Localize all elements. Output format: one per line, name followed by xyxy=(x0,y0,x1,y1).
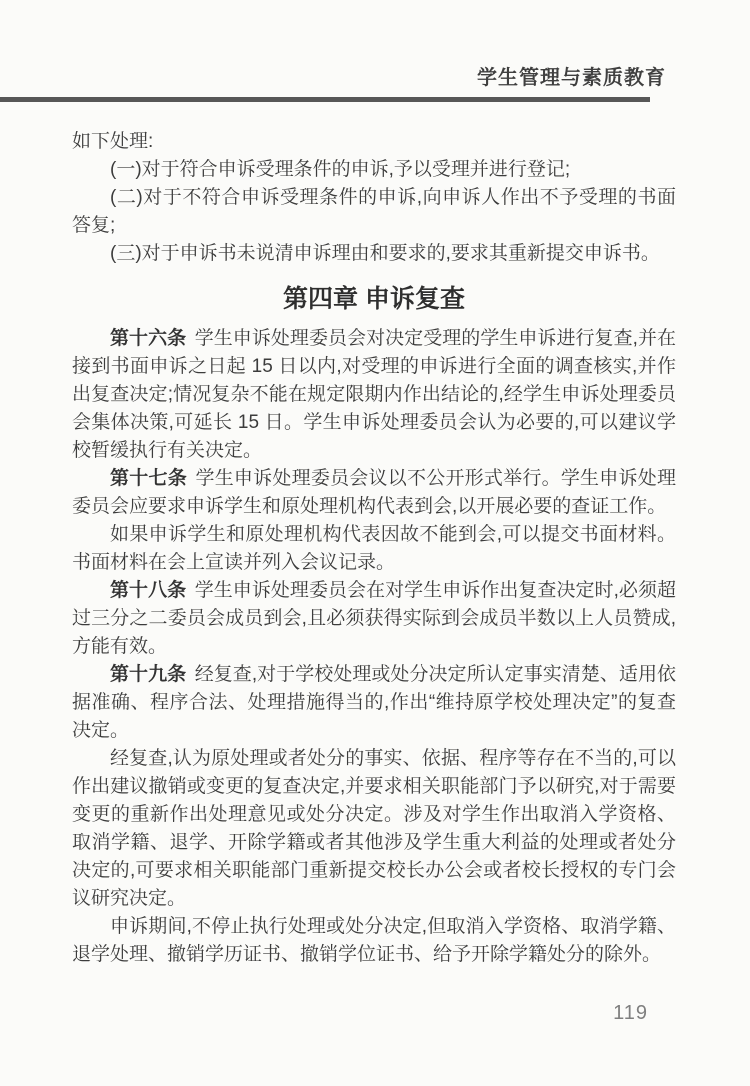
article-paragraph: 如果申诉学生和原处理机构代表因故不能到会,可以提交书面材料。书面材料在会上宣读并… xyxy=(72,521,676,577)
paragraph-continuation: 如下处理: xyxy=(72,128,676,156)
article-paragraph: 申诉期间,不停止执行处理或处分决定,但取消入学资格、取消学籍、退学处理、撤销学历… xyxy=(72,913,676,969)
article-label: 第十八条 xyxy=(110,580,186,601)
article-text: 经复查,认为原处理或者处分的事实、依据、程序等存在不当的,可以作出建议撤销或变更… xyxy=(72,748,676,909)
article-paragraph: 第十九条经复查,对于学校处理或处分决定所认定事实清楚、适用依据准确、程序合法、处… xyxy=(72,661,676,745)
document-page: 学生管理与素质教育 如下处理: (一)对于符合申诉受理条件的申诉,予以受理并进行… xyxy=(0,0,750,1086)
page-number: 119 xyxy=(613,1002,648,1024)
article-paragraph: 经复查,认为原处理或者处分的事实、依据、程序等存在不当的,可以作出建议撤销或变更… xyxy=(72,745,676,913)
running-header-title: 学生管理与素质教育 xyxy=(0,0,750,92)
article-paragraph: 第十七条学生申诉处理委员会议以不公开形式举行。学生申诉处理委员会应要求申诉学生和… xyxy=(72,465,676,521)
article-label: 第十六条 xyxy=(110,328,186,349)
list-item-3: (三)对于申诉书未说清申诉理由和要求的,要求其重新提交申诉书。 xyxy=(72,240,676,268)
article-label: 第十九条 xyxy=(110,664,186,685)
list-item-1: (一)对于符合申诉受理条件的申诉,予以受理并进行登记; xyxy=(72,156,676,184)
article-paragraph: 第十六条学生申诉处理委员会对决定受理的学生申诉进行复查,并在接到书面申诉之日起 … xyxy=(72,325,676,465)
header-rule xyxy=(0,97,650,102)
article-text: 如果申诉学生和原处理机构代表因故不能到会,可以提交书面材料。书面材料在会上宣读并… xyxy=(72,524,676,573)
list-item-2: (二)对于不符合申诉受理条件的申诉,向申诉人作出不予受理的书面答复; xyxy=(72,184,676,240)
page-header: 学生管理与素质教育 xyxy=(0,0,750,102)
article-text: 申诉期间,不停止执行处理或处分决定,但取消入学资格、取消学籍、退学处理、撤销学历… xyxy=(72,916,676,965)
page-body: 如下处理: (一)对于符合申诉受理条件的申诉,予以受理并进行登记; (二)对于不… xyxy=(72,128,676,969)
page-footer: 119 xyxy=(613,1002,648,1025)
article-paragraph: 第十八条学生申诉处理委员会在对学生申诉作出复查决定时,必须超过三分之二委员会成员… xyxy=(72,577,676,661)
chapter-heading: 第四章 申诉复查 xyxy=(72,283,676,315)
article-label: 第十七条 xyxy=(110,468,187,489)
